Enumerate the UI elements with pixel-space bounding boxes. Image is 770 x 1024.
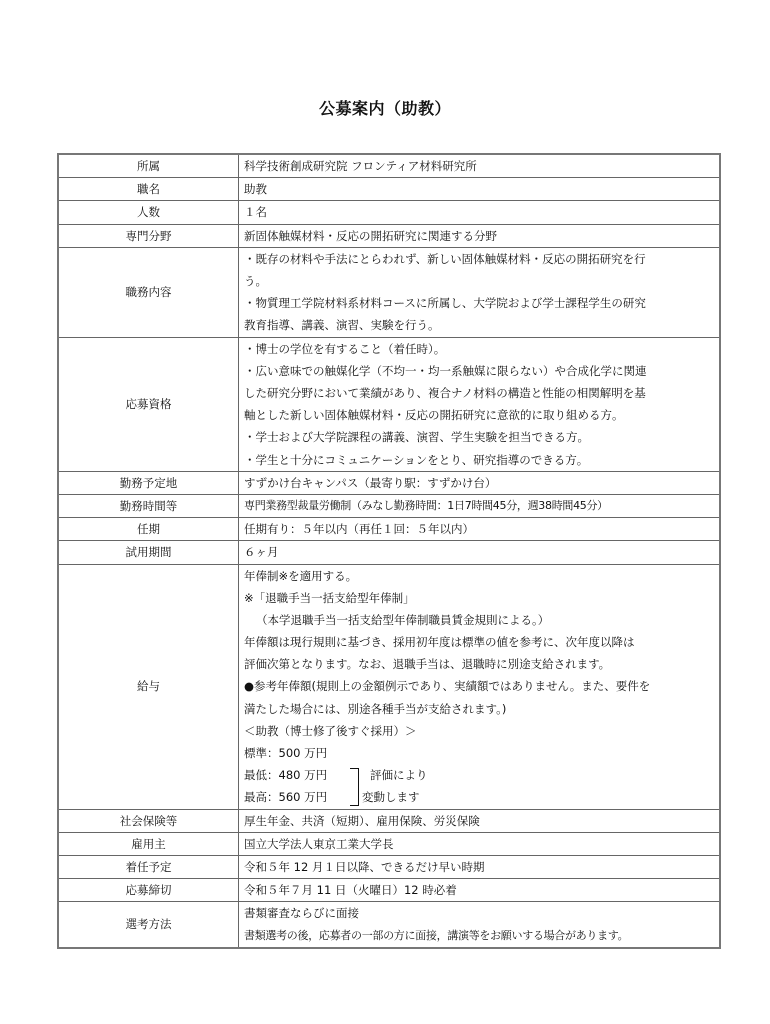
salary-line: 満たした場合には、別途各種手当が支給されます。): [244, 698, 714, 720]
qualification-line: ・学生と十分にコミュニケーションをとり、研究指導のできる方。: [244, 449, 714, 471]
row-label: 所属: [58, 154, 239, 178]
row-label: 勤務予定地: [58, 471, 239, 494]
qualification-line: ・学士および大学院課程の講義、演習、学生実験を担当できる方。: [244, 426, 714, 448]
salary-min: 最低：480 万円: [244, 764, 714, 786]
duty-line: ・既存の材料や手法にとらわれず、新しい固体触媒材料・反応の開拓研究を行: [244, 248, 714, 270]
table-row-salary: 給与 年俸制※を適用する。 ※「退職手当一括支給型年俸制」 （本学退職手当一括支…: [58, 564, 720, 809]
qualification-line: した研究分野において業績があり、複合ナノ材料の構造と性能の相関解明を基: [244, 382, 714, 404]
row-value: 令和５年 12 月１日以降、できるだけ早い時期: [239, 855, 721, 878]
table-row-location: 勤務予定地 すずかけ台キャンパス（最寄り駅：すずかけ台）: [58, 471, 720, 494]
row-value: 令和５年７月 11 日（火曜日）12 時必着: [239, 879, 721, 902]
table-row-probation: 試用期間 ６ヶ月: [58, 541, 720, 564]
row-label: 人数: [58, 201, 239, 224]
bracket-icon: [350, 768, 359, 806]
salary-line: 年俸制※を適用する。: [244, 565, 714, 587]
row-value: ・既存の材料や手法にとらわれず、新しい固体触媒材料・反応の開拓研究を行 う。 ・…: [239, 247, 721, 337]
duty-line: う。: [244, 270, 714, 292]
table-row-position: 職名 助教: [58, 178, 720, 201]
table-row-duties: 職務内容 ・既存の材料や手法にとらわれず、新しい固体触媒材料・反応の開拓研究を行…: [58, 247, 720, 337]
table-row-selection: 選考方法 書類審査ならびに面接 書類選考の後，応募者の一部の方に面接，講演等をお…: [58, 902, 720, 948]
table-row-deadline: 応募締切 令和５年７月 11 日（火曜日）12 時必着: [58, 879, 720, 902]
table-row-hours: 勤務時間等 専門業務型裁量労働制（みなし勤務時間：1日7時間45分，週38時間4…: [58, 494, 720, 517]
row-value: 新固体触媒材料・反応の開拓研究に関連する分野: [239, 224, 721, 247]
duty-line: ・物質理工学院材料系材料コースに所属し、大学院および学士課程学生の研究: [244, 292, 714, 314]
row-label: 選考方法: [58, 902, 239, 948]
row-value: 科学技術創成研究院 フロンティア材料研究所: [239, 154, 721, 178]
qualification-line: ・博士の学位を有すること（着任時）。: [244, 338, 714, 360]
salary-range: 最低：480 万円 最高：560 万円 評価により 変動します: [244, 764, 714, 808]
page-title: 公募案内（助教）: [0, 96, 770, 119]
table-row-field: 専門分野 新固体触媒材料・反応の開拓研究に関連する分野: [58, 224, 720, 247]
qualification-line: 軸とした新しい固体触媒材料・反応の開拓研究に意欲的に取り組める方。: [244, 404, 714, 426]
salary-line: ※「退職手当一括支給型年俸制」: [244, 587, 714, 609]
row-value: １名: [239, 201, 721, 224]
row-value: 任期有り：５年以内（再任１回：５年以内）: [239, 518, 721, 541]
row-label: 応募締切: [58, 879, 239, 902]
salary-note-2: 変動します: [362, 786, 420, 808]
row-label: 職名: [58, 178, 239, 201]
salary-line: ●参考年俸額(規則上の金額例示であり、実績額ではありません。また、要件を: [244, 675, 714, 697]
table-row-employer: 雇用主 国立大学法人東京工業大学長: [58, 832, 720, 855]
row-label: 専門分野: [58, 224, 239, 247]
row-label: 応募資格: [58, 337, 239, 471]
selection-line: 書類審査ならびに面接: [244, 902, 714, 924]
row-label: 試用期間: [58, 541, 239, 564]
salary-line: 標準：500 万円: [244, 742, 714, 764]
row-label: 社会保険等: [58, 809, 239, 832]
row-value: ・博士の学位を有すること（着任時）。 ・広い意味での触媒化学（不均一・均一系触媒…: [239, 337, 721, 471]
salary-line: 年俸額は現行規則に基づき、採用初年度は標準の値を参考に、次年度以降は: [244, 631, 714, 653]
row-label: 勤務時間等: [58, 494, 239, 517]
row-label: 着任予定: [58, 855, 239, 878]
table-row-term: 任期 任期有り：５年以内（再任１回：５年以内）: [58, 518, 720, 541]
salary-max: 最高：560 万円: [244, 786, 714, 808]
row-label: 雇用主: [58, 832, 239, 855]
row-value: 厚生年金、共済（短期）、雇用保険、労災保険: [239, 809, 721, 832]
row-label: 給与: [58, 564, 239, 809]
row-value: 助教: [239, 178, 721, 201]
row-value: 書類審査ならびに面接 書類選考の後，応募者の一部の方に面接，講演等をお願いする場…: [239, 902, 721, 948]
salary-line: （本学退職手当一括支給型年俸制職員賃金規則による。）: [244, 609, 714, 631]
job-posting-table: 所属 科学技術創成研究院 フロンティア材料研究所 職名 助教 人数 １名 専門分…: [57, 153, 721, 949]
duty-line: 教育指導、講義、演習、実験を行う。: [244, 314, 714, 336]
table-row-qualifications: 応募資格 ・博士の学位を有すること（着任時）。 ・広い意味での触媒化学（不均一・…: [58, 337, 720, 471]
row-value: すずかけ台キャンパス（最寄り駅：すずかけ台）: [239, 471, 721, 494]
table-row-insurance: 社会保険等 厚生年金、共済（短期）、雇用保険、労災保険: [58, 809, 720, 832]
salary-note-1: 評価により: [370, 764, 428, 786]
row-label: 任期: [58, 518, 239, 541]
row-value: 年俸制※を適用する。 ※「退職手当一括支給型年俸制」 （本学退職手当一括支給型年…: [239, 564, 721, 809]
row-value: 国立大学法人東京工業大学長: [239, 832, 721, 855]
row-value: ６ヶ月: [239, 541, 721, 564]
table-row-affiliation: 所属 科学技術創成研究院 フロンティア材料研究所: [58, 154, 720, 178]
salary-line: ＜助教（博士修了後すぐ採用）＞: [244, 720, 714, 742]
table-row-start: 着任予定 令和５年 12 月１日以降、できるだけ早い時期: [58, 855, 720, 878]
table-row-count: 人数 １名: [58, 201, 720, 224]
selection-line: 書類選考の後，応募者の一部の方に面接，講演等をお願いする場合があります。: [244, 925, 714, 947]
row-label: 職務内容: [58, 247, 239, 337]
row-value: 専門業務型裁量労働制（みなし勤務時間：1日7時間45分，週38時間45分）: [239, 494, 721, 517]
qualification-line: ・広い意味での触媒化学（不均一・均一系触媒に限らない）や合成化学に関連: [244, 360, 714, 382]
salary-line: 評価次第となります。なお、退職手当は、退職時に別途支給されます。: [244, 653, 714, 675]
